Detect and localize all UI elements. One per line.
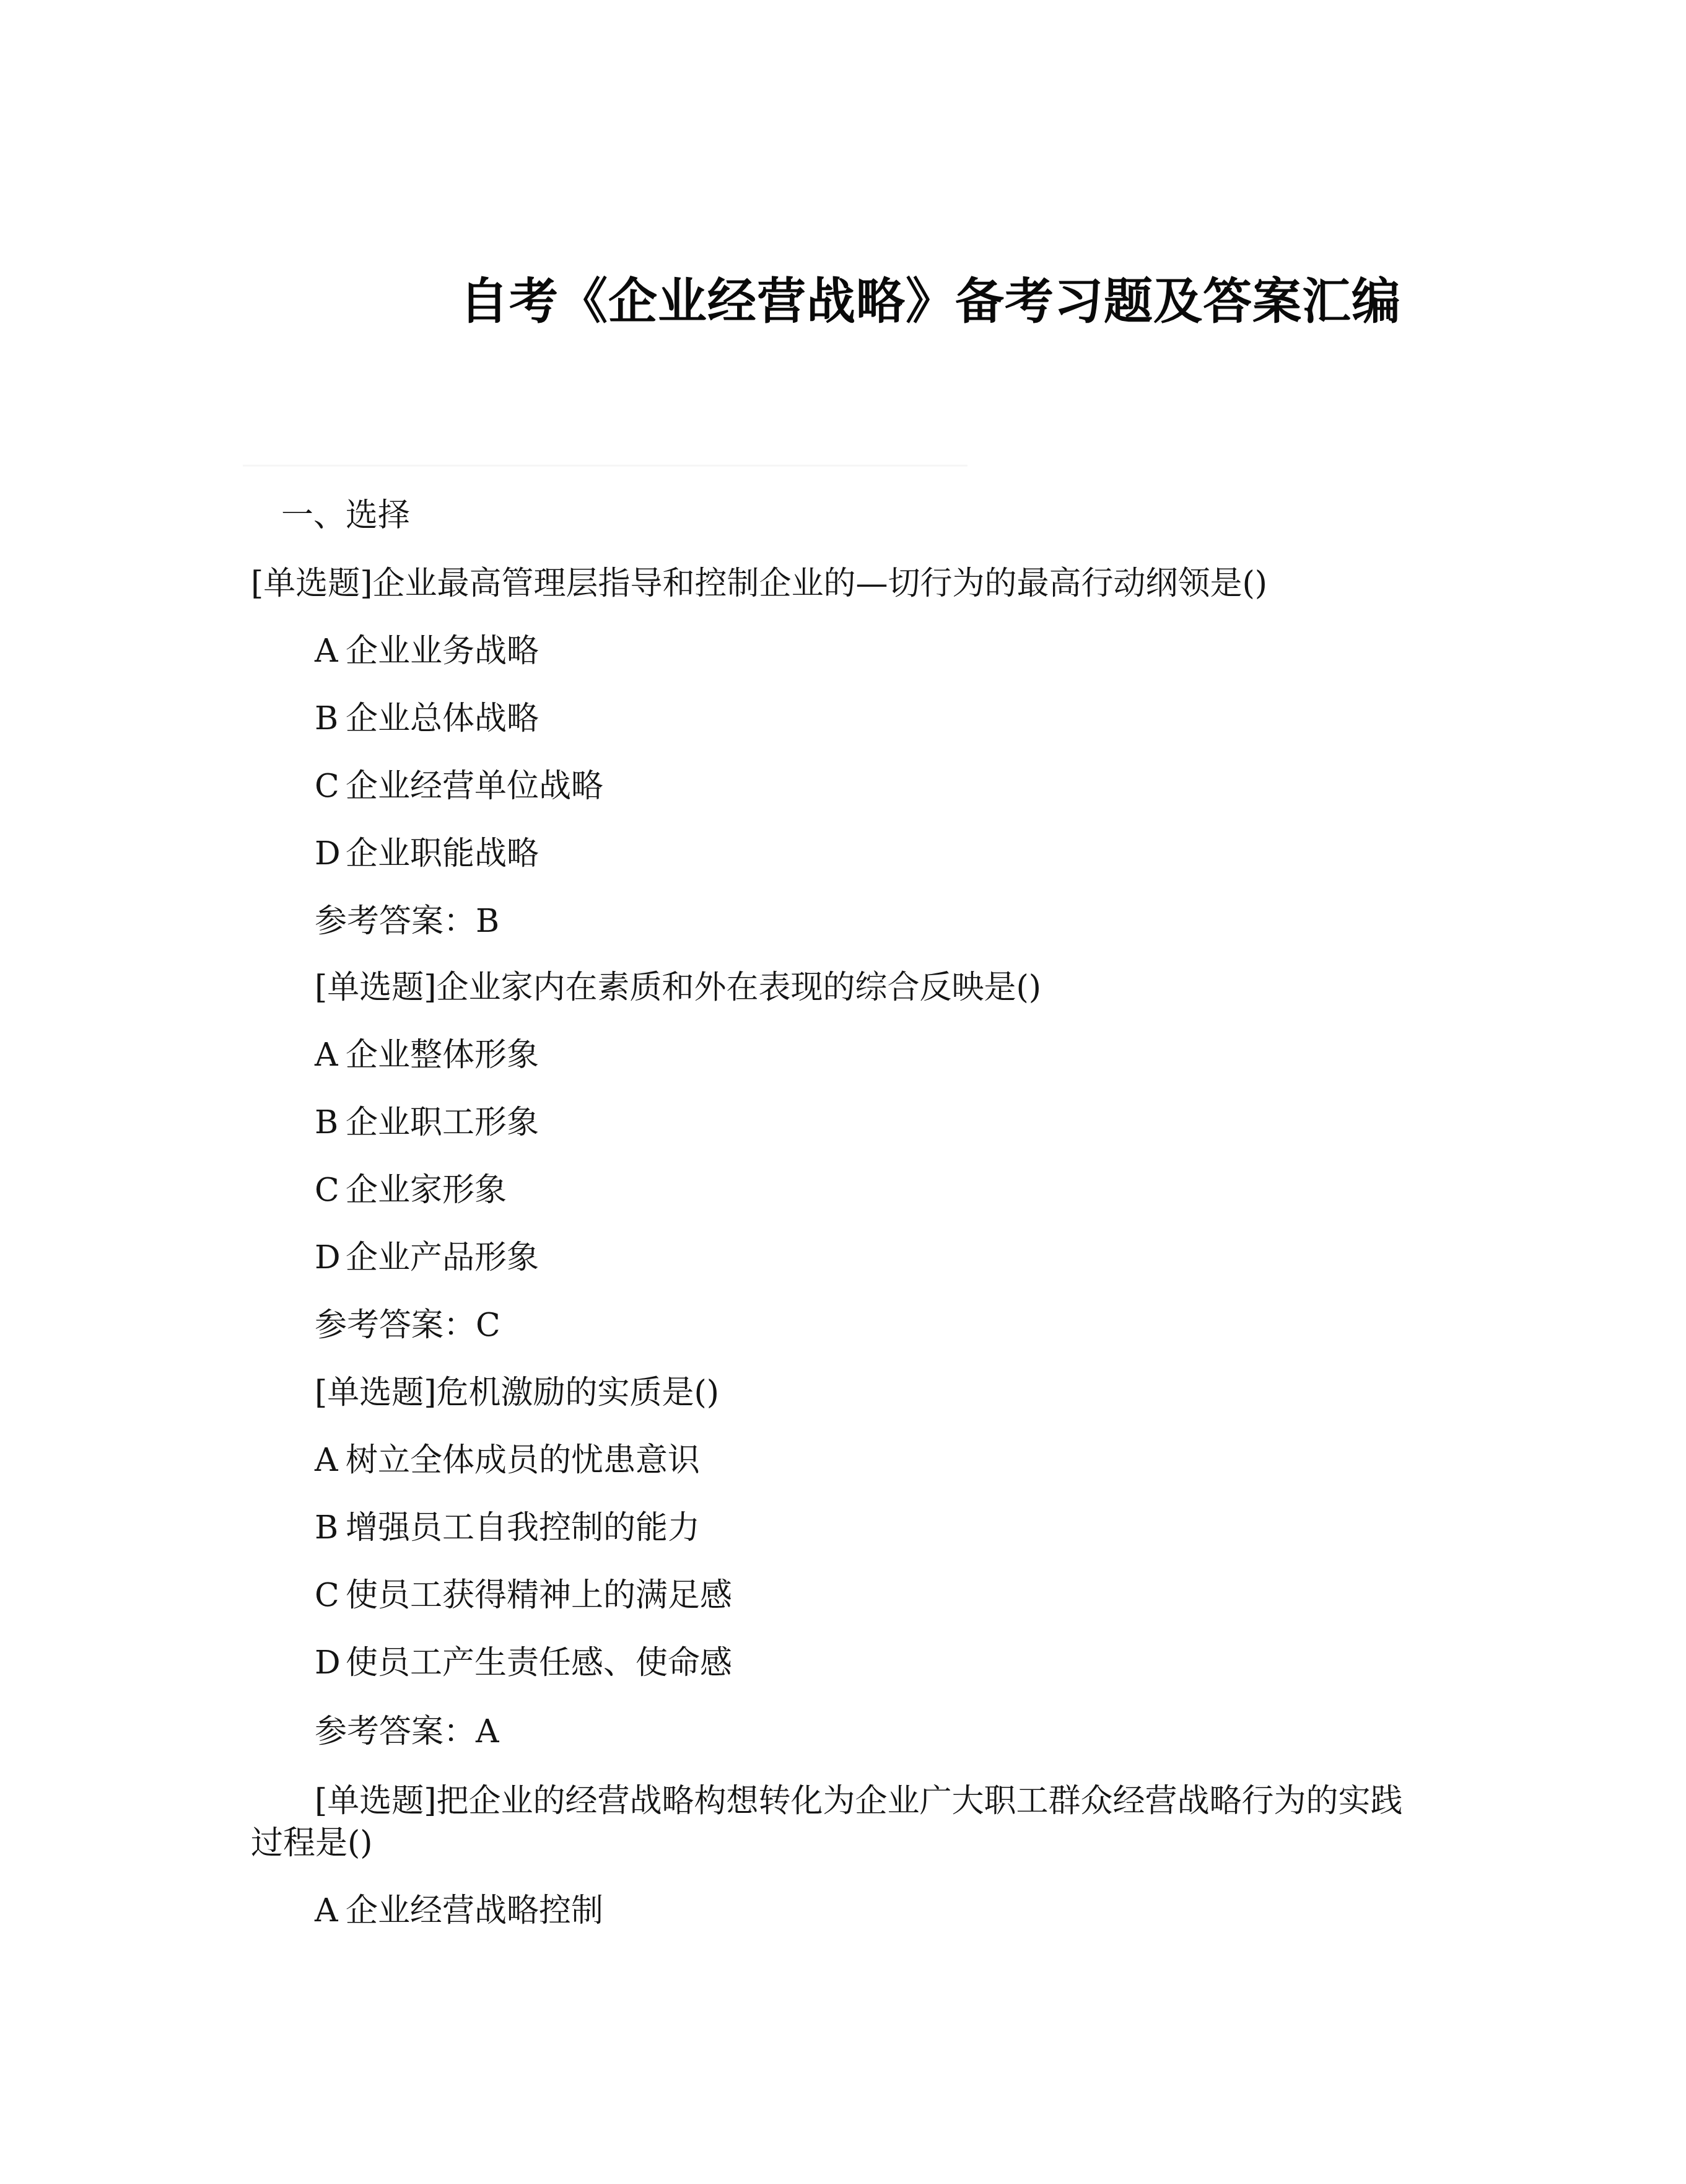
option-letter: A <box>315 1035 346 1075</box>
option-letter: D <box>315 834 346 874</box>
option-a: A企业经营战略控制 <box>315 1891 603 1931</box>
option-letter: B <box>315 1508 346 1548</box>
document-title: 自考《企业经营战略》备考习题及答案汇编 <box>460 268 1426 336</box>
option-text: 企业整体形象 <box>346 1037 539 1074</box>
option-text: 企业经营战略控制 <box>346 1892 603 1929</box>
option-c: C使员工获得精神上的满足感 <box>315 1576 732 1615</box>
option-text: 企业业务战略 <box>346 633 539 670</box>
option-letter: A <box>315 631 346 671</box>
question-type-tag: [单选题] <box>315 1783 437 1820</box>
question-2: [单选题]企业家内在素质和外在表现的综合反映是() <box>315 968 1041 1007</box>
option-letter: C <box>315 1576 346 1615</box>
option-text: 企业职能战略 <box>346 835 539 872</box>
option-c: C企业家形象 <box>315 1170 507 1210</box>
section-heading: 一、选择 <box>281 496 410 535</box>
option-b: B增强员工自我控制的能力 <box>315 1508 700 1548</box>
option-c: C企业经营单位战略 <box>315 766 603 806</box>
option-text: 企业总体战略 <box>346 700 539 737</box>
question-1: [单选题]企业最高管理层指导和控制企业的—切行为的最高行动纲领是() <box>251 564 1267 603</box>
question-type-tag: [单选题] <box>251 565 373 602</box>
option-letter: B <box>315 1103 346 1142</box>
option-letter: C <box>315 766 346 806</box>
option-text: 使员工获得精神上的满足感 <box>346 1577 732 1614</box>
option-text: 树立全体成员的忧患意识 <box>346 1442 700 1479</box>
option-text: 使员工产生责任感、使命感 <box>346 1644 732 1682</box>
option-letter: C <box>315 1170 346 1210</box>
option-a: A企业整体形象 <box>315 1035 539 1075</box>
option-a: A树立全体成员的忧患意识 <box>315 1441 700 1480</box>
answer-line: 参考答案：A <box>315 1712 499 1752</box>
option-text: 企业经营单位战略 <box>346 768 603 805</box>
question-4: [单选题]把企业的经营战略构想转化为企业广大职工群众经营战略行为的实践过程是() <box>251 1780 1428 1864</box>
option-letter: D <box>315 1238 346 1278</box>
option-d: D使员工产生责任感、使命感 <box>315 1643 732 1683</box>
question-stem: 企业最高管理层指导和控制企业的—切行为的最高行动纲领是() <box>373 565 1268 602</box>
option-d: D企业职能战略 <box>315 834 539 874</box>
option-letter: A <box>315 1891 346 1931</box>
option-b: B企业职工形象 <box>315 1103 539 1142</box>
option-b: B企业总体战略 <box>315 699 539 739</box>
option-a: A企业业务战略 <box>315 631 539 671</box>
option-letter: D <box>315 1643 346 1683</box>
option-d: D企业产品形象 <box>315 1238 539 1278</box>
question-type-tag: [单选题] <box>315 1374 437 1411</box>
option-text: 企业产品形象 <box>346 1239 539 1276</box>
question-3: [单选题]危机激励的实质是() <box>315 1373 719 1413</box>
answer-line: 参考答案：C <box>315 1305 500 1345</box>
faint-divider <box>243 465 967 467</box>
question-stem: 危机激励的实质是() <box>437 1374 720 1411</box>
answer-line: 参考答案：B <box>315 901 499 941</box>
option-letter: B <box>315 699 346 739</box>
option-letter: A <box>315 1441 346 1480</box>
question-type-tag: [单选题] <box>315 969 437 1006</box>
option-text: 企业家形象 <box>346 1172 507 1209</box>
question-stem: 企业家内在素质和外在表现的综合反映是() <box>437 969 1042 1006</box>
option-text: 增强员工自我控制的能力 <box>346 1509 700 1546</box>
option-text: 企业职工形象 <box>346 1104 539 1141</box>
